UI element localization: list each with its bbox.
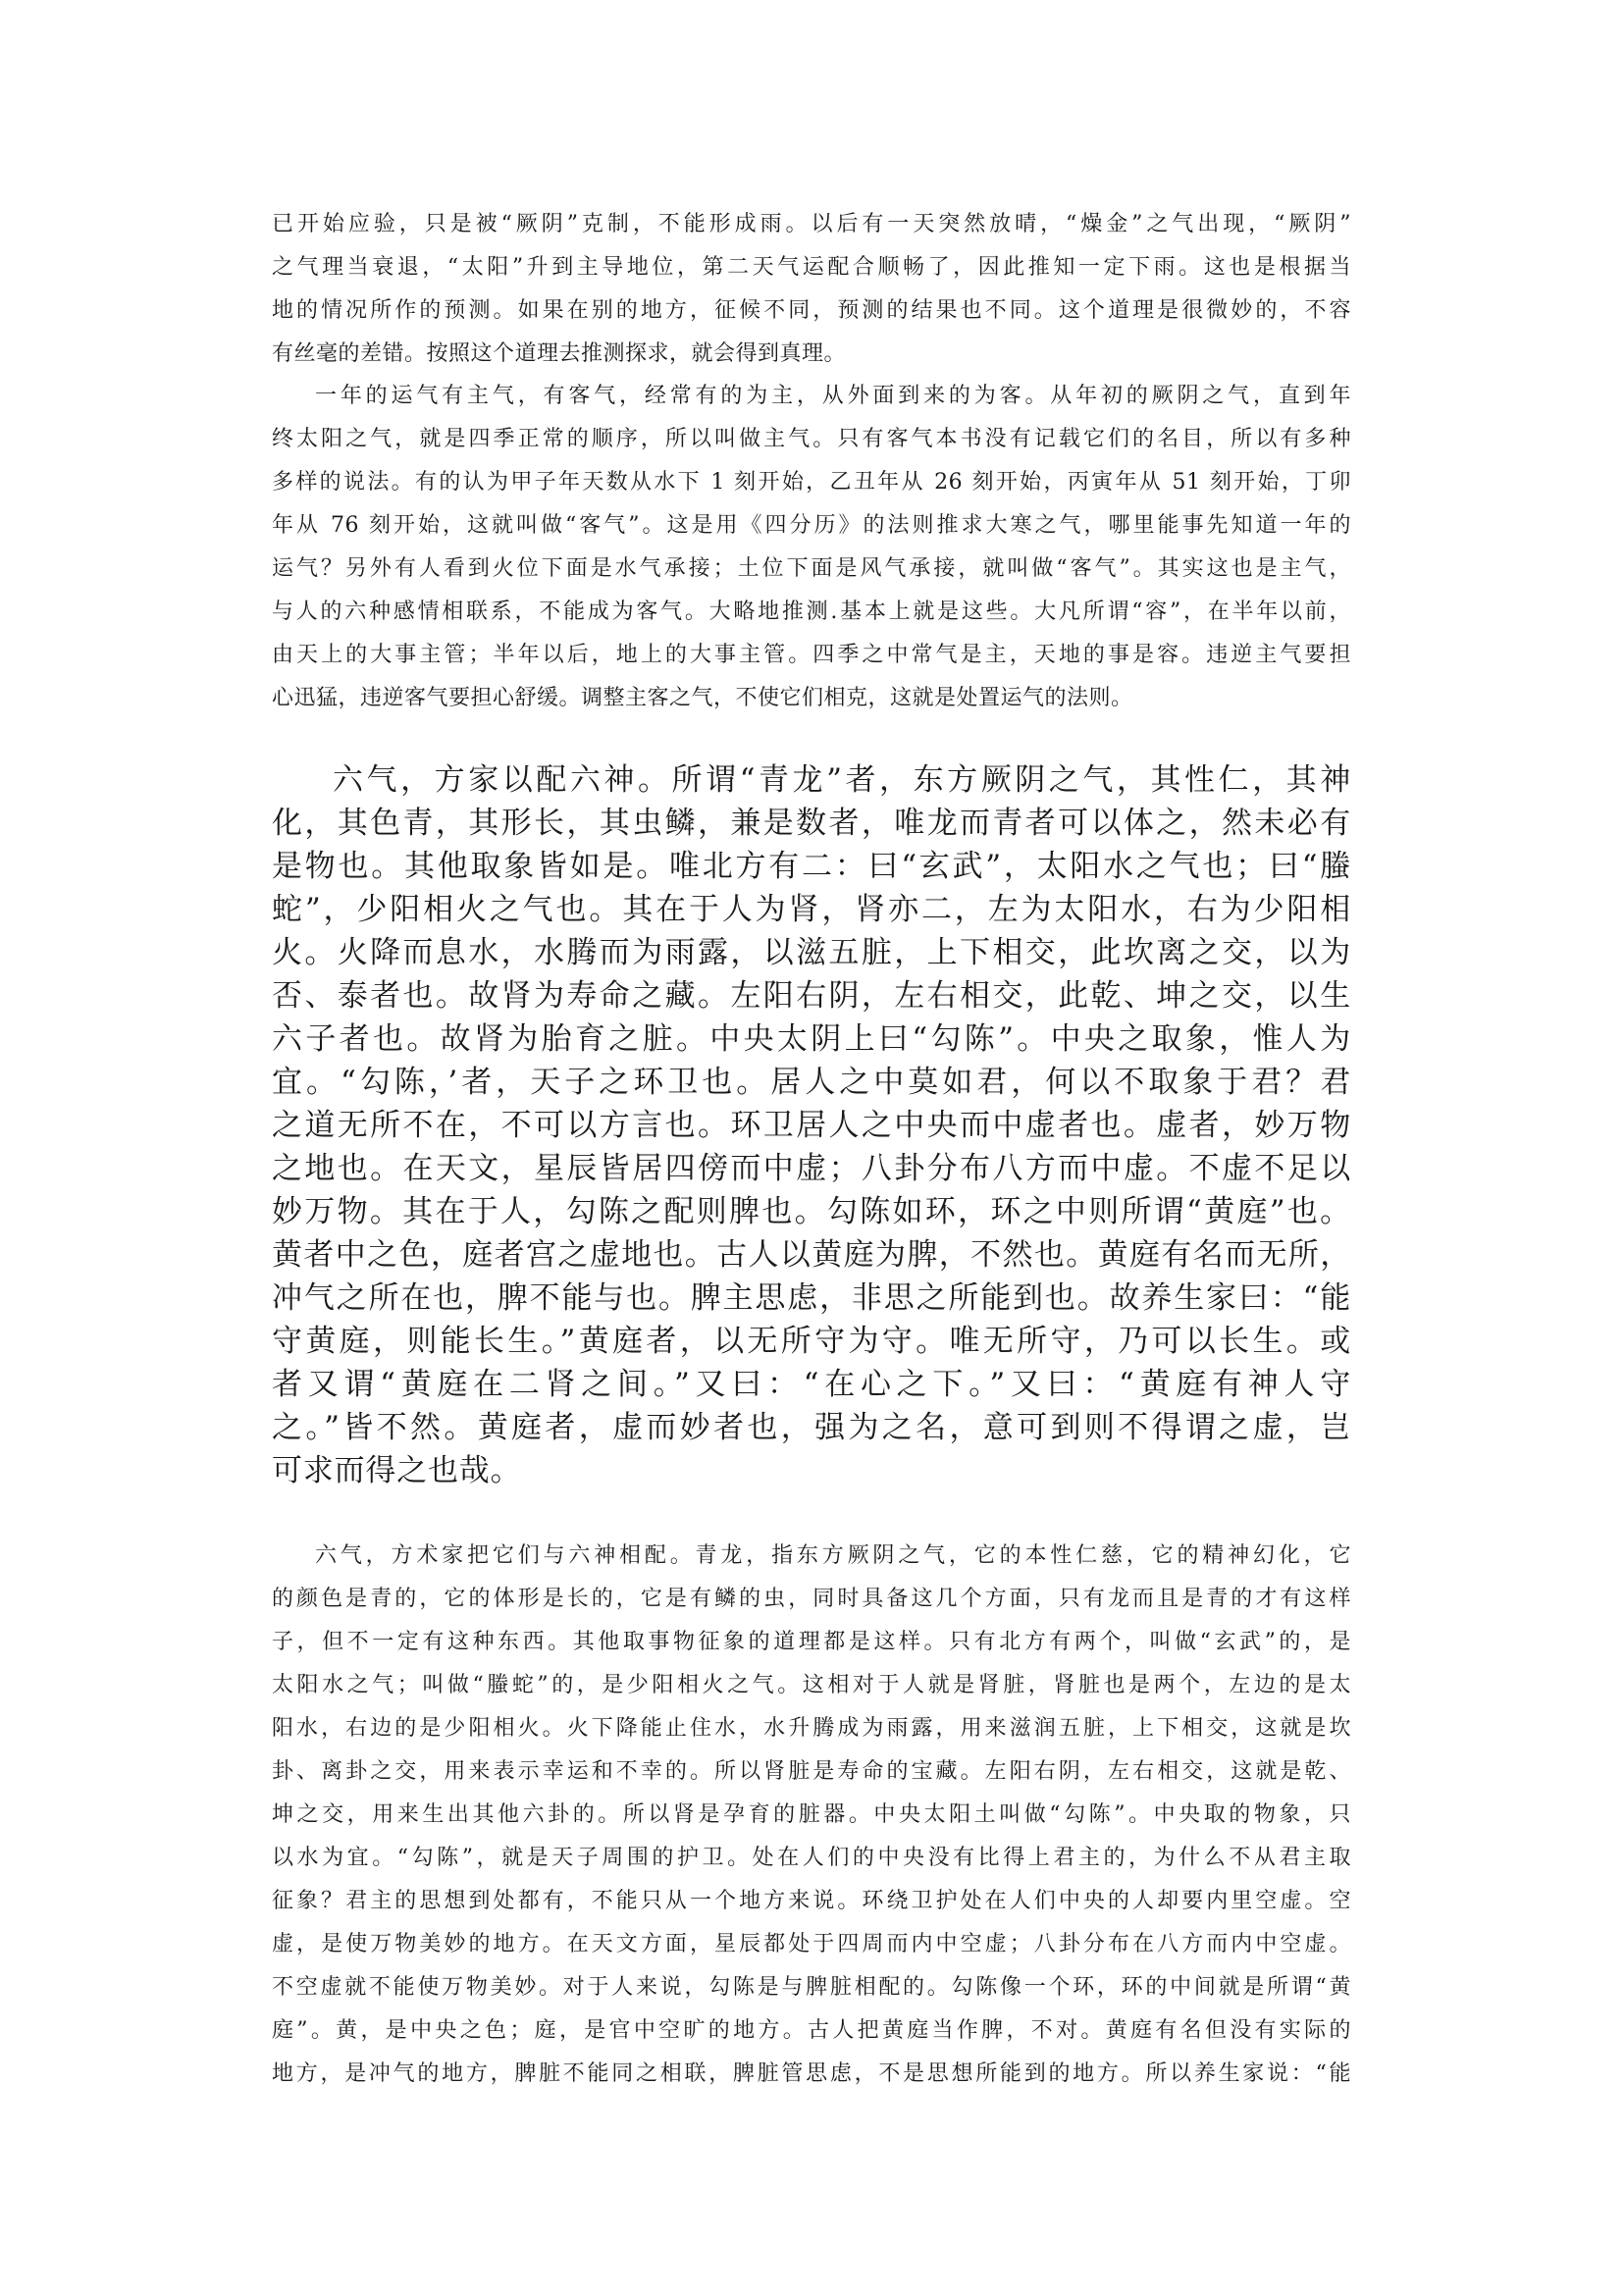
- text-line: 者又谓“黄庭在二肾之间。”又曰：“在心之下。”又曰：“黄庭有神人守: [272, 1363, 1351, 1406]
- paragraph-original-six-qi: 六气，方家以配六神。所谓“青龙”者，东方厥阴之气，其性仁，其神 化，其色青，其形…: [272, 758, 1351, 1492]
- text-line: 一年的运气有主气，有客气，经常有的为主，从外面到来的为客。从年初的厥阴之气，直到…: [272, 375, 1351, 418]
- text-line: 卦、离卦之交，用来表示幸运和不幸的。所以肾脏是寿命的宝藏。左阳右阴，左右相交，这…: [272, 1750, 1351, 1794]
- text-line: 六子者也。故肾为胎育之脏。中央太阴上曰“勾陈”。中央之取象，惟人为: [272, 1017, 1351, 1061]
- text-line: 征象？君主的思想到处都有，不能只从一个地方来说。环绕卫护处在人们中央的人却要内里…: [272, 1880, 1351, 1923]
- paragraph-translation-host-guest-qi: 一年的运气有主气，有客气，经常有的为主，从外面到来的为客。从年初的厥阴之气，直到…: [272, 375, 1351, 720]
- text-line: 已开始应验，只是被“厥阴”克制，不能形成雨。以后有一天突然放晴，“燥金”之气出现…: [272, 203, 1351, 246]
- text-line: 太阳水之气；叫做“螣蛇”的，是少阳相火之气。这相对于人就是肾脏，肾脏也是两个，左…: [272, 1664, 1351, 1707]
- paragraph-translation-six-qi: 六气，方术家把它们与六神相配。青龙，指东方厥阴之气，它的本性仁慈，它的精神幻化，…: [272, 1535, 1351, 2096]
- text-line: 有丝毫的差错。按照这个道理去推测探求，就会得到真理。: [272, 333, 1351, 376]
- text-line: 守黄庭，则能长生。”黄庭者，以无所守为守。唯无所守，乃可以长生。或: [272, 1320, 1351, 1363]
- text-line: 终太阳之气，就是四季正常的顺序，所以叫做主气。只有客气本书没有记载它们的名目，所…: [272, 418, 1351, 461]
- text-line: 不空虚就不能使万物美妙。对于人来说，勾陈是与脾脏相配的。勾陈像一个环，环的中间就…: [272, 1966, 1351, 2009]
- text-line: 与人的六种感情相联系，不能成为客气。大略地推测.基本上就是这些。大凡所谓“容”，…: [272, 591, 1351, 634]
- text-line: 运气？另外有人看到火位下面是水气承接；土位下面是风气承接，就叫做“客气”。其实这…: [272, 547, 1351, 591]
- text-line: 以水为宜。“勾陈”，就是天子周围的护卫。处在人们的中央没有比得上君主的，为什么不…: [272, 1837, 1351, 1880]
- text-line: 六气，方术家把它们与六神相配。青龙，指东方厥阴之气，它的本性仁慈，它的精神幻化，…: [272, 1535, 1351, 1578]
- text-line: 之地也。在天文，星辰皆居四傍而中虚；八卦分布八方而中虚。不虚不足以: [272, 1147, 1351, 1190]
- text-line: 地的情况所作的预测。如果在别的地方，征候不同，预测的结果也不同。这个道理是很微妙…: [272, 289, 1351, 333]
- text-line: 心迅猛，违逆客气要担心舒缓。调整主客之气，不使它们相克，这就是处置运气的法则。: [272, 677, 1351, 720]
- text-line: 六气，方家以配六神。所谓“青龙”者，东方厥阴之气，其性仁，其神: [272, 758, 1351, 802]
- text-line: 冲气之所在也，脾不能与也。脾主思虑，非思之所能到也。故养生家曰：“能: [272, 1277, 1351, 1320]
- text-line: 化，其色青，其形长，其虫鳞，兼是数者，唯龙而青者可以体之，然未必有: [272, 802, 1351, 845]
- text-line: 之道无所不在，不可以方言也。环卫居人之中央而中虚者也。虚者，妙万物: [272, 1104, 1351, 1147]
- text-line: 庭”。黄，是中央之色；庭，是官中空旷的地方。古人把黄庭当作脾，不对。黄庭有名但没…: [272, 2009, 1351, 2053]
- text-line: 妙万物。其在于人，勾陈之配则脾也。勾陈如环，环之中则所谓“黄庭”也。: [272, 1190, 1351, 1233]
- text-line: 之。”皆不然。黄庭者，虚而妙者也，强为之名，意可到则不得谓之虚，岂: [272, 1406, 1351, 1449]
- text-line: 蛇”，少阳相火之气也。其在于人为肾，肾亦二，左为太阳水，右为少阳相: [272, 888, 1351, 931]
- text-line: 是物也。其他取象皆如是。唯北方有二：曰“玄武”，太阳水之气也；曰“螣: [272, 845, 1351, 888]
- text-line: 的颜色是青的，它的体形是长的，它是有鳞的虫，同时具备这几个方面，只有龙而且是青的…: [272, 1578, 1351, 1621]
- text-line: 黄者中之色，庭者宫之虚地也。古人以黄庭为脾，不然也。黄庭有名而无所，: [272, 1233, 1351, 1277]
- text-line: 否、泰者也。故肾为寿命之藏。左阳右阴，左右相交，此乾、坤之交，以生: [272, 974, 1351, 1017]
- text-line: 火。火降而息水，水腾而为雨露，以滋五脏，上下相交，此坎离之交，以为: [272, 931, 1351, 974]
- text-line: 年从 76 刻开始，这就叫做“客气”。这是用《四分历》的法则推求大寒之气，哪里能…: [272, 504, 1351, 547]
- text-line: 虚，是使万物美妙的地方。在天文方面，星辰都处于四周而内中空虚；八卦分布在八方而内…: [272, 1923, 1351, 1966]
- text-line: 由天上的大事主管；半年以后，地上的大事主管。四季之中常气是主，天地的事是容。违逆…: [272, 634, 1351, 677]
- text-line: 地方，是冲气的地方，脾脏不能同之相联，脾脏管思虑，不是思想所能到的地方。所以养生…: [272, 2053, 1351, 2096]
- paragraph-translation-continued: 已开始应验，只是被“厥阴”克制，不能形成雨。以后有一天突然放晴，“燥金”之气出现…: [272, 203, 1351, 376]
- text-line: 子，但不一定有这种东西。其他取事物征象的道理都是这样。只有北方有两个，叫做“玄武…: [272, 1621, 1351, 1664]
- text-line: 可求而得之也哉。: [272, 1449, 1351, 1492]
- text-line: 阳水，右边的是少阳相火。火下降能止住水，水升腾成为雨露，用来滋润五脏，上下相交，…: [272, 1707, 1351, 1750]
- text-line: 之气理当衰退，“太阳”升到主导地位，第二天气运配合顺畅了，因此推知一定下雨。这也…: [272, 246, 1351, 289]
- text-line: 坤之交，用来生出其他六卦的。所以肾是孕育的脏器。中央太阳土叫做“勾陈”。中央取的…: [272, 1794, 1351, 1837]
- text-line: 宜。“勾陈，’者，天子之环卫也。居人之中莫如君，何以不取象于君？君: [272, 1061, 1351, 1104]
- text-line: 多样的说法。有的认为甲子年天数从水下 1 刻开始，乙丑年从 26 刻开始，丙寅年…: [272, 461, 1351, 504]
